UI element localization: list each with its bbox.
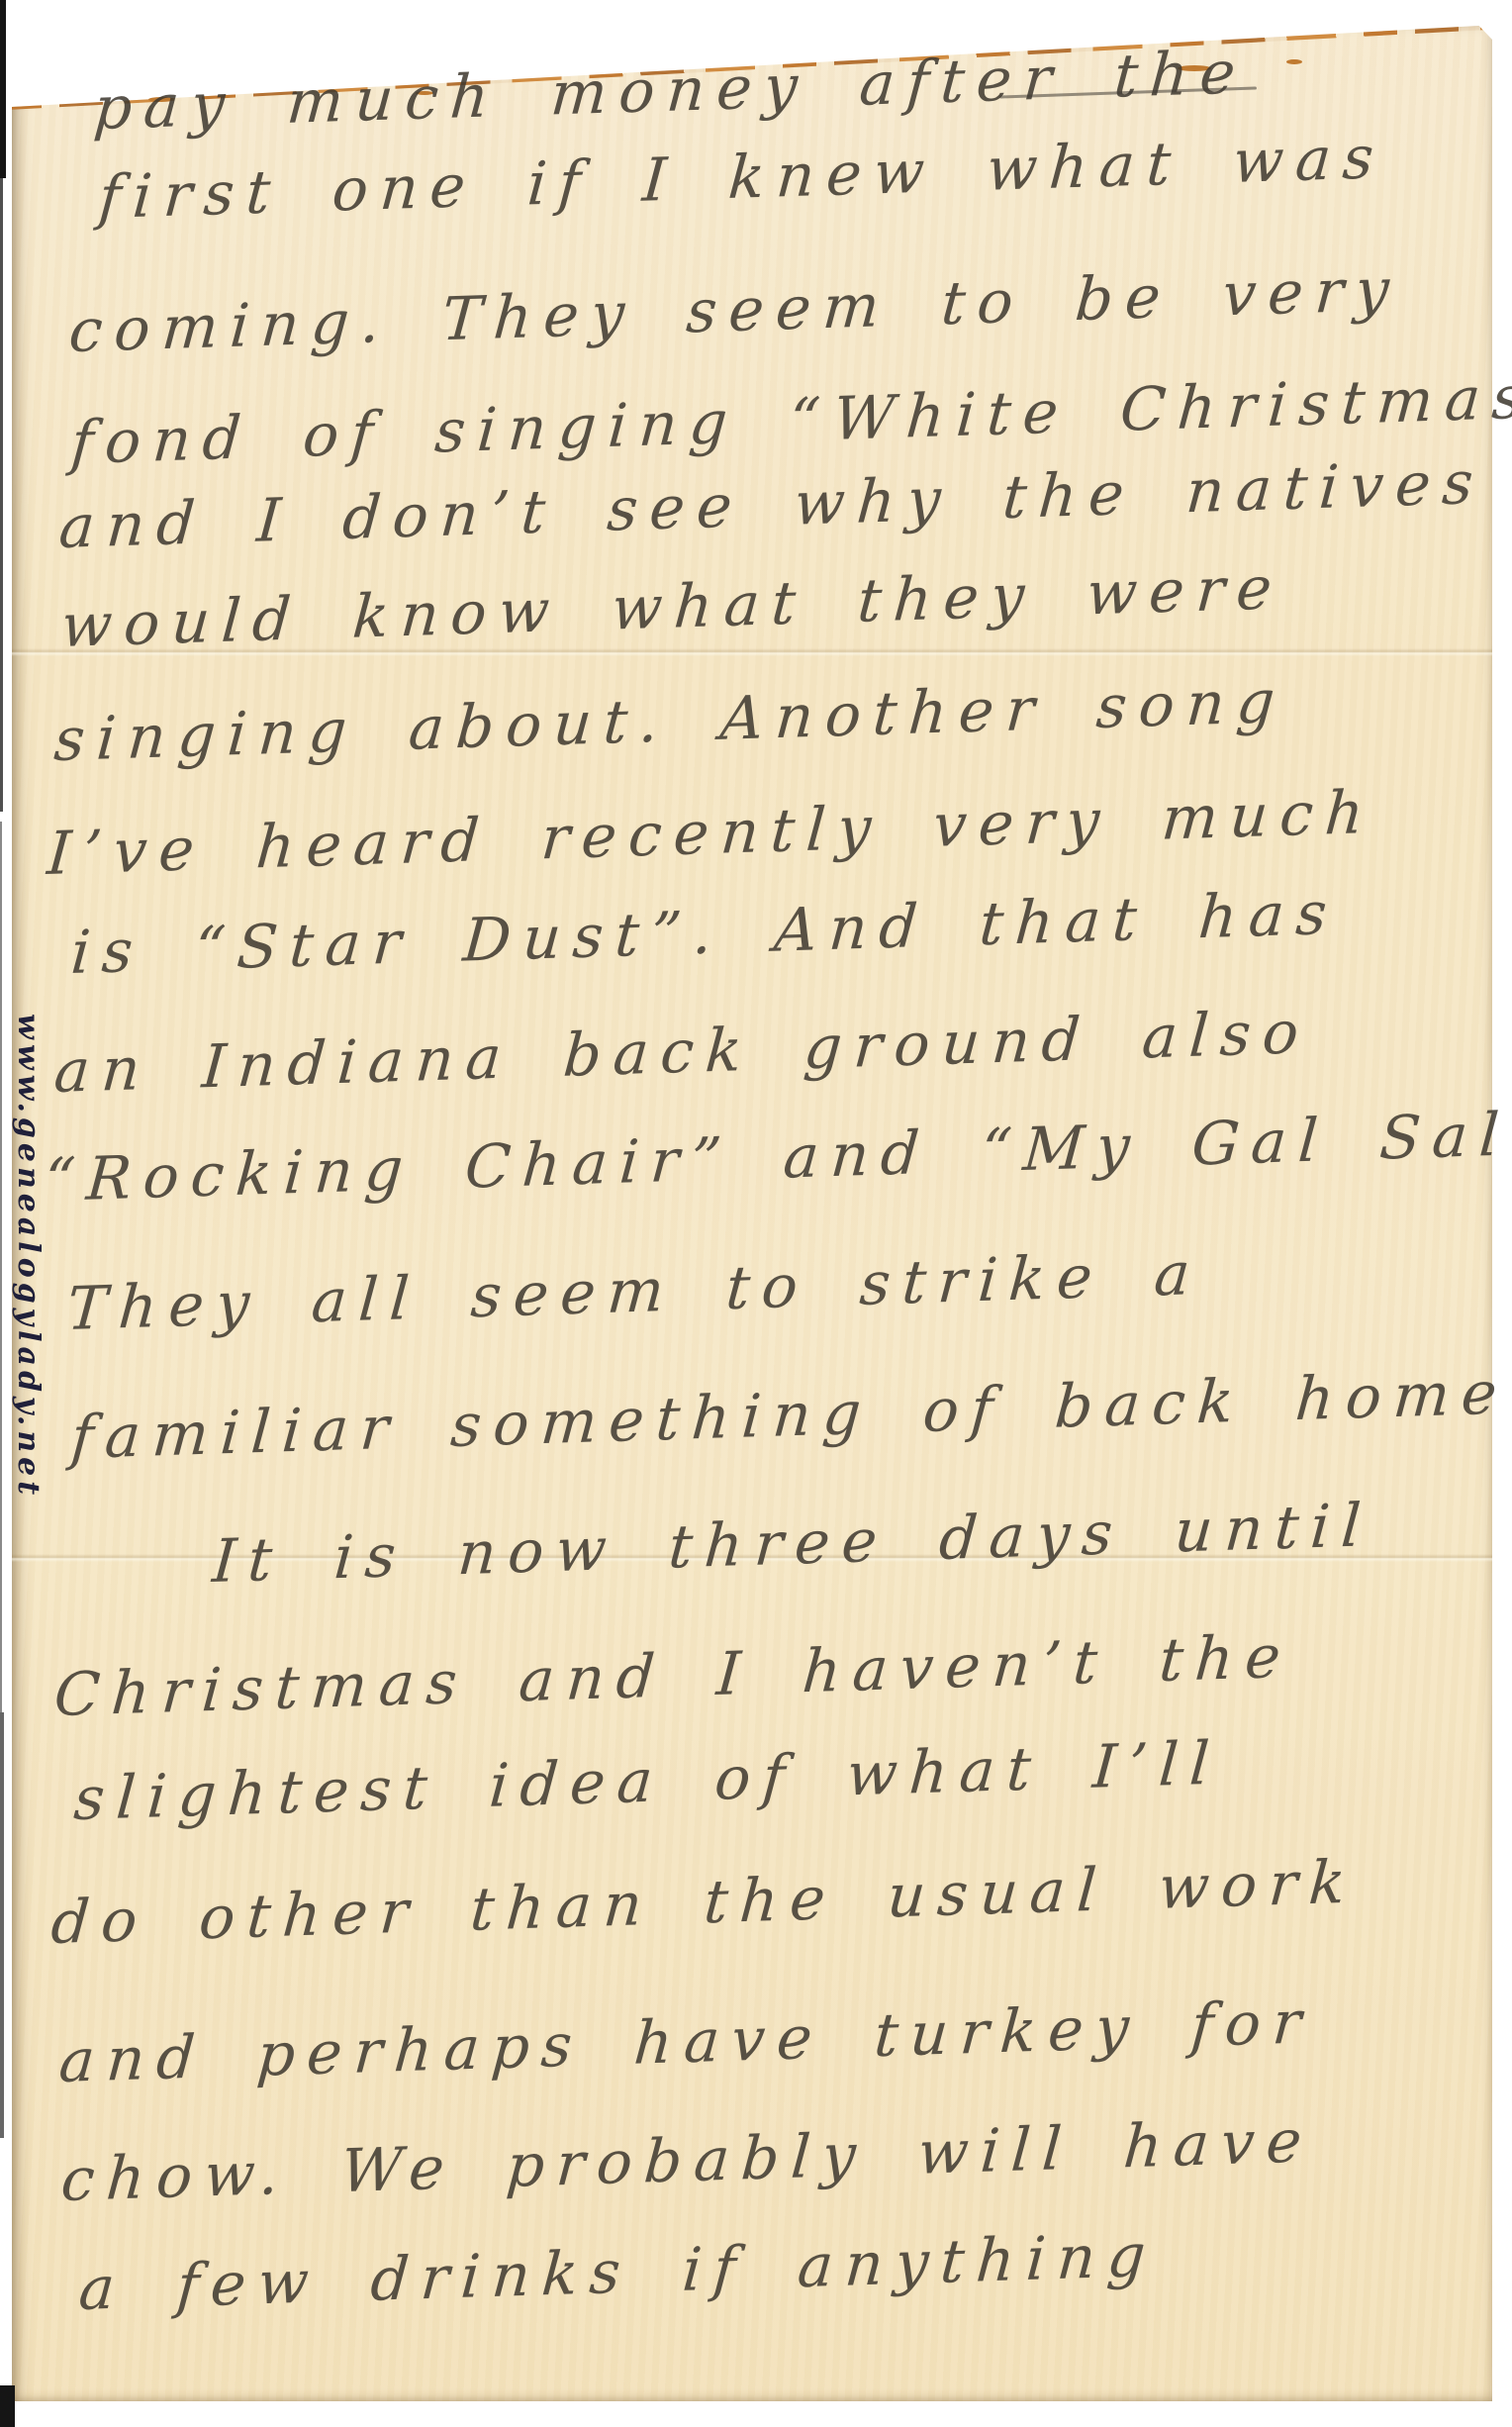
scanner-edge-mark: [0, 1712, 4, 2138]
scanner-edge-mark: [0, 2385, 15, 2427]
scanner-edge-mark: [0, 822, 2, 1712]
scanned-letter-page: www.genealogylady.net pay much money aft…: [0, 0, 1512, 2427]
watermark-text: www.genealogylady.net: [11, 1014, 46, 1500]
rust-speck: [1286, 59, 1302, 64]
scanner-edge-mark: [0, 178, 3, 812]
scanner-edge-mark: [0, 0, 6, 178]
